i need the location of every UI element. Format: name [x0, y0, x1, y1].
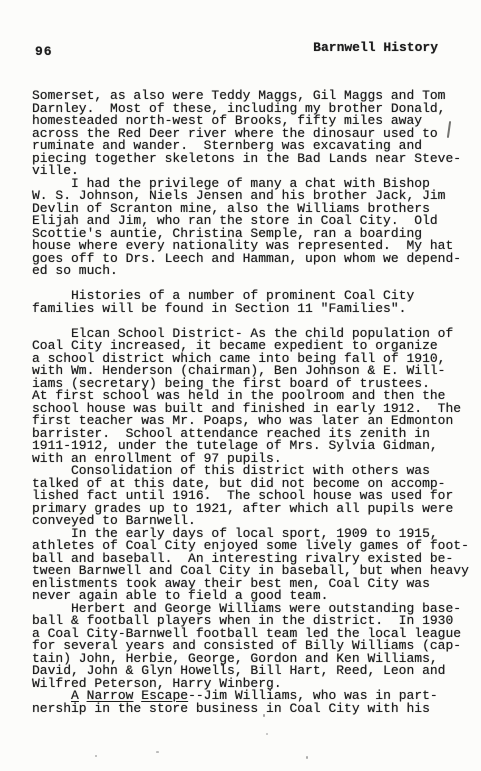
scanned-book-page: 96 Barnwell History Somerset, as also we… — [0, 0, 481, 771]
paragraph: Consolidation of this district with othe… — [32, 465, 469, 528]
paragraph: In the early days of local sport, 1909 t… — [32, 528, 469, 603]
text-line: ed so much. — [32, 265, 469, 278]
scan-speck — [58, 205, 60, 207]
scan-speck — [95, 755, 97, 757]
text-line: nership in the store business in Coal Ci… — [32, 703, 469, 716]
body-text-block: Somerset, as also were Teddy Maggs, Gil … — [32, 90, 469, 715]
paragraph: Elcan School District- As the child popu… — [32, 328, 469, 466]
paragraph: Herbert and George Williams were outstan… — [32, 603, 469, 691]
scan-speck — [263, 714, 265, 717]
paragraph: I had the privilege of many a chat with … — [32, 178, 469, 278]
paragraph: A Narrow Escape--Jim Williams, who was i… — [32, 690, 469, 715]
scan-speck — [266, 733, 268, 735]
text-line: piecing together skeletons in the Bad La… — [32, 153, 469, 166]
scan-speck — [156, 751, 159, 753]
scan-speck — [306, 756, 308, 759]
text-line: families will be found in Section 11 "Fa… — [32, 303, 469, 316]
running-header-title: Barnwell History — [313, 40, 438, 55]
page-number: 96 — [35, 44, 53, 59]
paragraph: Somerset, as also were Teddy Maggs, Gil … — [32, 90, 469, 178]
paragraph: Histories of a number of prominent Coal … — [32, 290, 469, 315]
